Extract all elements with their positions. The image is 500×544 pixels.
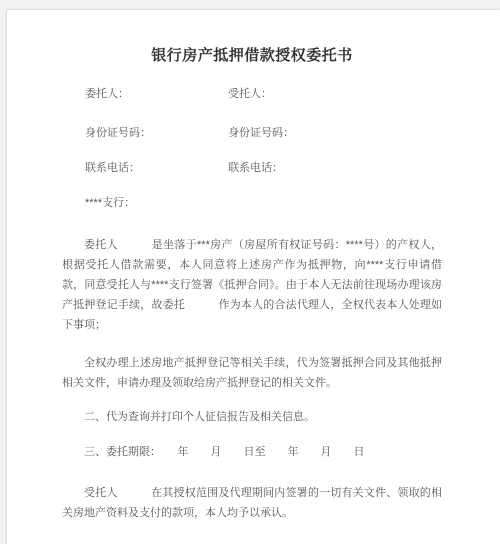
principal-id-label: 身份证号码： bbox=[85, 123, 225, 143]
field-row-bank-branch: ****支行： bbox=[62, 193, 442, 213]
field-row-names: 委托人： 受托人： bbox=[62, 84, 442, 104]
principal-label: 委托人： bbox=[85, 84, 225, 104]
bank-branch-label: ****支行： bbox=[85, 193, 225, 213]
agent-phone-label: 联系电话： bbox=[228, 162, 283, 174]
paragraph-intro: 委托人 是坐落于***房产（房屋所有权证号码：****号）的产权人，根据受托人借… bbox=[62, 235, 442, 335]
field-row-phones: 联系电话： 联系电话： bbox=[62, 158, 442, 178]
document-title: 银行房产抵押借款授权委托书 bbox=[62, 10, 442, 66]
app-background: 银行房产抵押借款授权委托书 委托人： 受托人： 身份证号码： 身份证号码： 联系… bbox=[0, 0, 500, 544]
agent-id-label: 身份证号码： bbox=[228, 127, 294, 139]
document-page: 银行房产抵押借款授权委托书 委托人： 受托人： 身份证号码： 身份证号码： 联系… bbox=[7, 10, 500, 544]
paragraph-item3-entrust-period: 三、委托期限： 年 月 日至 年 月 日 bbox=[62, 442, 442, 462]
paragraph-item2-credit-report: 二、代为查询并打印个人征信报告及相关信息。 bbox=[62, 407, 442, 427]
principal-phone-label: 联系电话： bbox=[85, 158, 225, 178]
paragraph-closing: 受托人 在其授权范围及代理期间内签署的一切有关文件、领取的相关房地产资料及支付的… bbox=[62, 483, 442, 523]
field-row-id-numbers: 身份证号码： 身份证号码： bbox=[62, 123, 442, 143]
paragraph-item1-mortgage-registration: 全权办理上述房地产抵押登记等相关手续，代为签署抵押合同及其他抵押相关文件，申请办… bbox=[62, 353, 442, 393]
agent-label: 受托人： bbox=[228, 88, 272, 100]
